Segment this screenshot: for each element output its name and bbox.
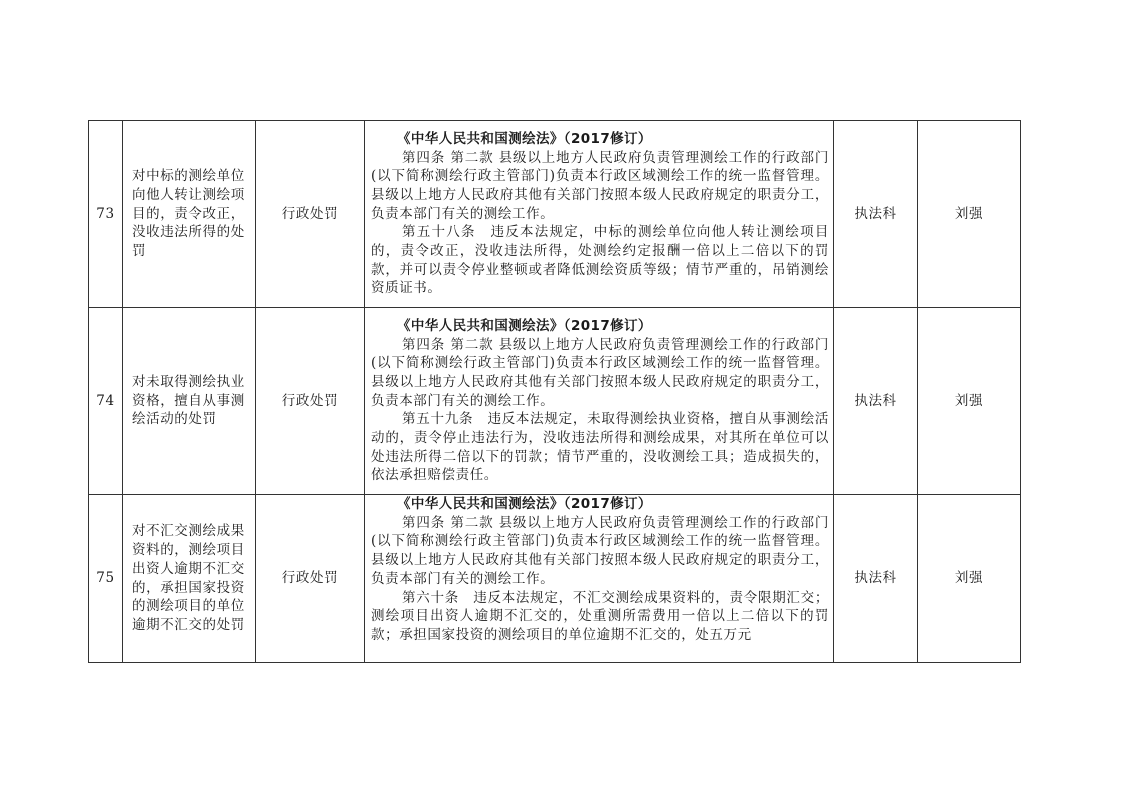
row-number: 73 bbox=[89, 121, 123, 308]
item-name: 对未取得测绘执业资格，擅自从事测绘活动的处罚 bbox=[123, 308, 256, 495]
responsible-department: 执法科 bbox=[834, 121, 918, 308]
law-title: 《中华人民共和国测绘法》（2017修订） bbox=[371, 317, 829, 336]
item-type: 行政处罚 bbox=[256, 308, 365, 495]
law-title: 《中华人民共和国测绘法》（2017修订） bbox=[371, 130, 829, 149]
law-paragraph: 第六十条 违反本法规定，不汇交测绘成果资料的，责令限期汇交；测绘项目出资人逾期不… bbox=[371, 589, 829, 645]
table-row: 74 对未取得测绘执业资格，擅自从事测绘活动的处罚 行政处罚 《中华人民共和国测… bbox=[89, 308, 1021, 495]
item-name: 对中标的测绘单位向他人转让测绘项目的，责令改正，没收违法所得的处罚 bbox=[123, 121, 256, 308]
document-page: 73 对中标的测绘单位向他人转让测绘项目的，责令改正，没收违法所得的处罚 行政处… bbox=[0, 0, 1122, 793]
legal-basis: 《中华人民共和国测绘法》（2017修订） 第四条 第二款 县级以上地方人民政府负… bbox=[365, 308, 834, 495]
row-number: 75 bbox=[89, 495, 123, 663]
table-row: 75 对不汇交测绘成果资料的，测绘项目出资人逾期不汇交的，承担国家投资的测绘项目… bbox=[89, 495, 1021, 663]
row-number: 74 bbox=[89, 308, 123, 495]
law-paragraph: 第四条 第二款 县级以上地方人民政府负责管理测绘工作的行政部门(以下简称测绘行政… bbox=[371, 514, 829, 589]
legal-basis-content: 《中华人民共和国测绘法》（2017修订） 第四条 第二款 县级以上地方人民政府负… bbox=[371, 317, 829, 485]
law-paragraph: 第五十九条 违反本法规定，未取得测绘执业资格，擅自从事测绘活动的，责令停止违法行… bbox=[371, 410, 829, 485]
item-type: 行政处罚 bbox=[256, 121, 365, 308]
law-title: 《中华人民共和国测绘法》（2017修订） bbox=[371, 495, 829, 514]
legal-basis: 《中华人民共和国测绘法》（2017修订） 第四条 第二款 县级以上地方人民政府负… bbox=[365, 495, 834, 663]
law-paragraph: 第四条 第二款 县级以上地方人民政府负责管理测绘工作的行政部门(以下简称测绘行政… bbox=[371, 336, 829, 411]
item-name: 对不汇交测绘成果资料的，测绘项目出资人逾期不汇交的，承担国家投资的测绘项目的单位… bbox=[123, 495, 256, 663]
responsible-department: 执法科 bbox=[834, 308, 918, 495]
law-paragraph: 第五十八条 违反本法规定，中标的测绘单位向他人转让测绘项目的，责令改正，没收违法… bbox=[371, 223, 829, 298]
legal-basis-content: 《中华人民共和国测绘法》（2017修订） 第四条 第二款 县级以上地方人民政府负… bbox=[371, 130, 829, 298]
legal-basis-content: 《中华人民共和国测绘法》（2017修订） 第四条 第二款 县级以上地方人民政府负… bbox=[371, 495, 829, 662]
responsible-person: 刘强 bbox=[918, 495, 1021, 663]
law-paragraph: 第四条 第二款 县级以上地方人民政府负责管理测绘工作的行政部门(以下简称测绘行政… bbox=[371, 149, 829, 224]
regulation-table: 73 对中标的测绘单位向他人转让测绘项目的，责令改正，没收违法所得的处罚 行政处… bbox=[88, 120, 1021, 663]
item-type: 行政处罚 bbox=[256, 495, 365, 663]
responsible-department: 执法科 bbox=[834, 495, 918, 663]
table-row: 73 对中标的测绘单位向他人转让测绘项目的，责令改正，没收违法所得的处罚 行政处… bbox=[89, 121, 1021, 308]
responsible-person: 刘强 bbox=[918, 121, 1021, 308]
legal-basis: 《中华人民共和国测绘法》（2017修订） 第四条 第二款 县级以上地方人民政府负… bbox=[365, 121, 834, 308]
responsible-person: 刘强 bbox=[918, 308, 1021, 495]
